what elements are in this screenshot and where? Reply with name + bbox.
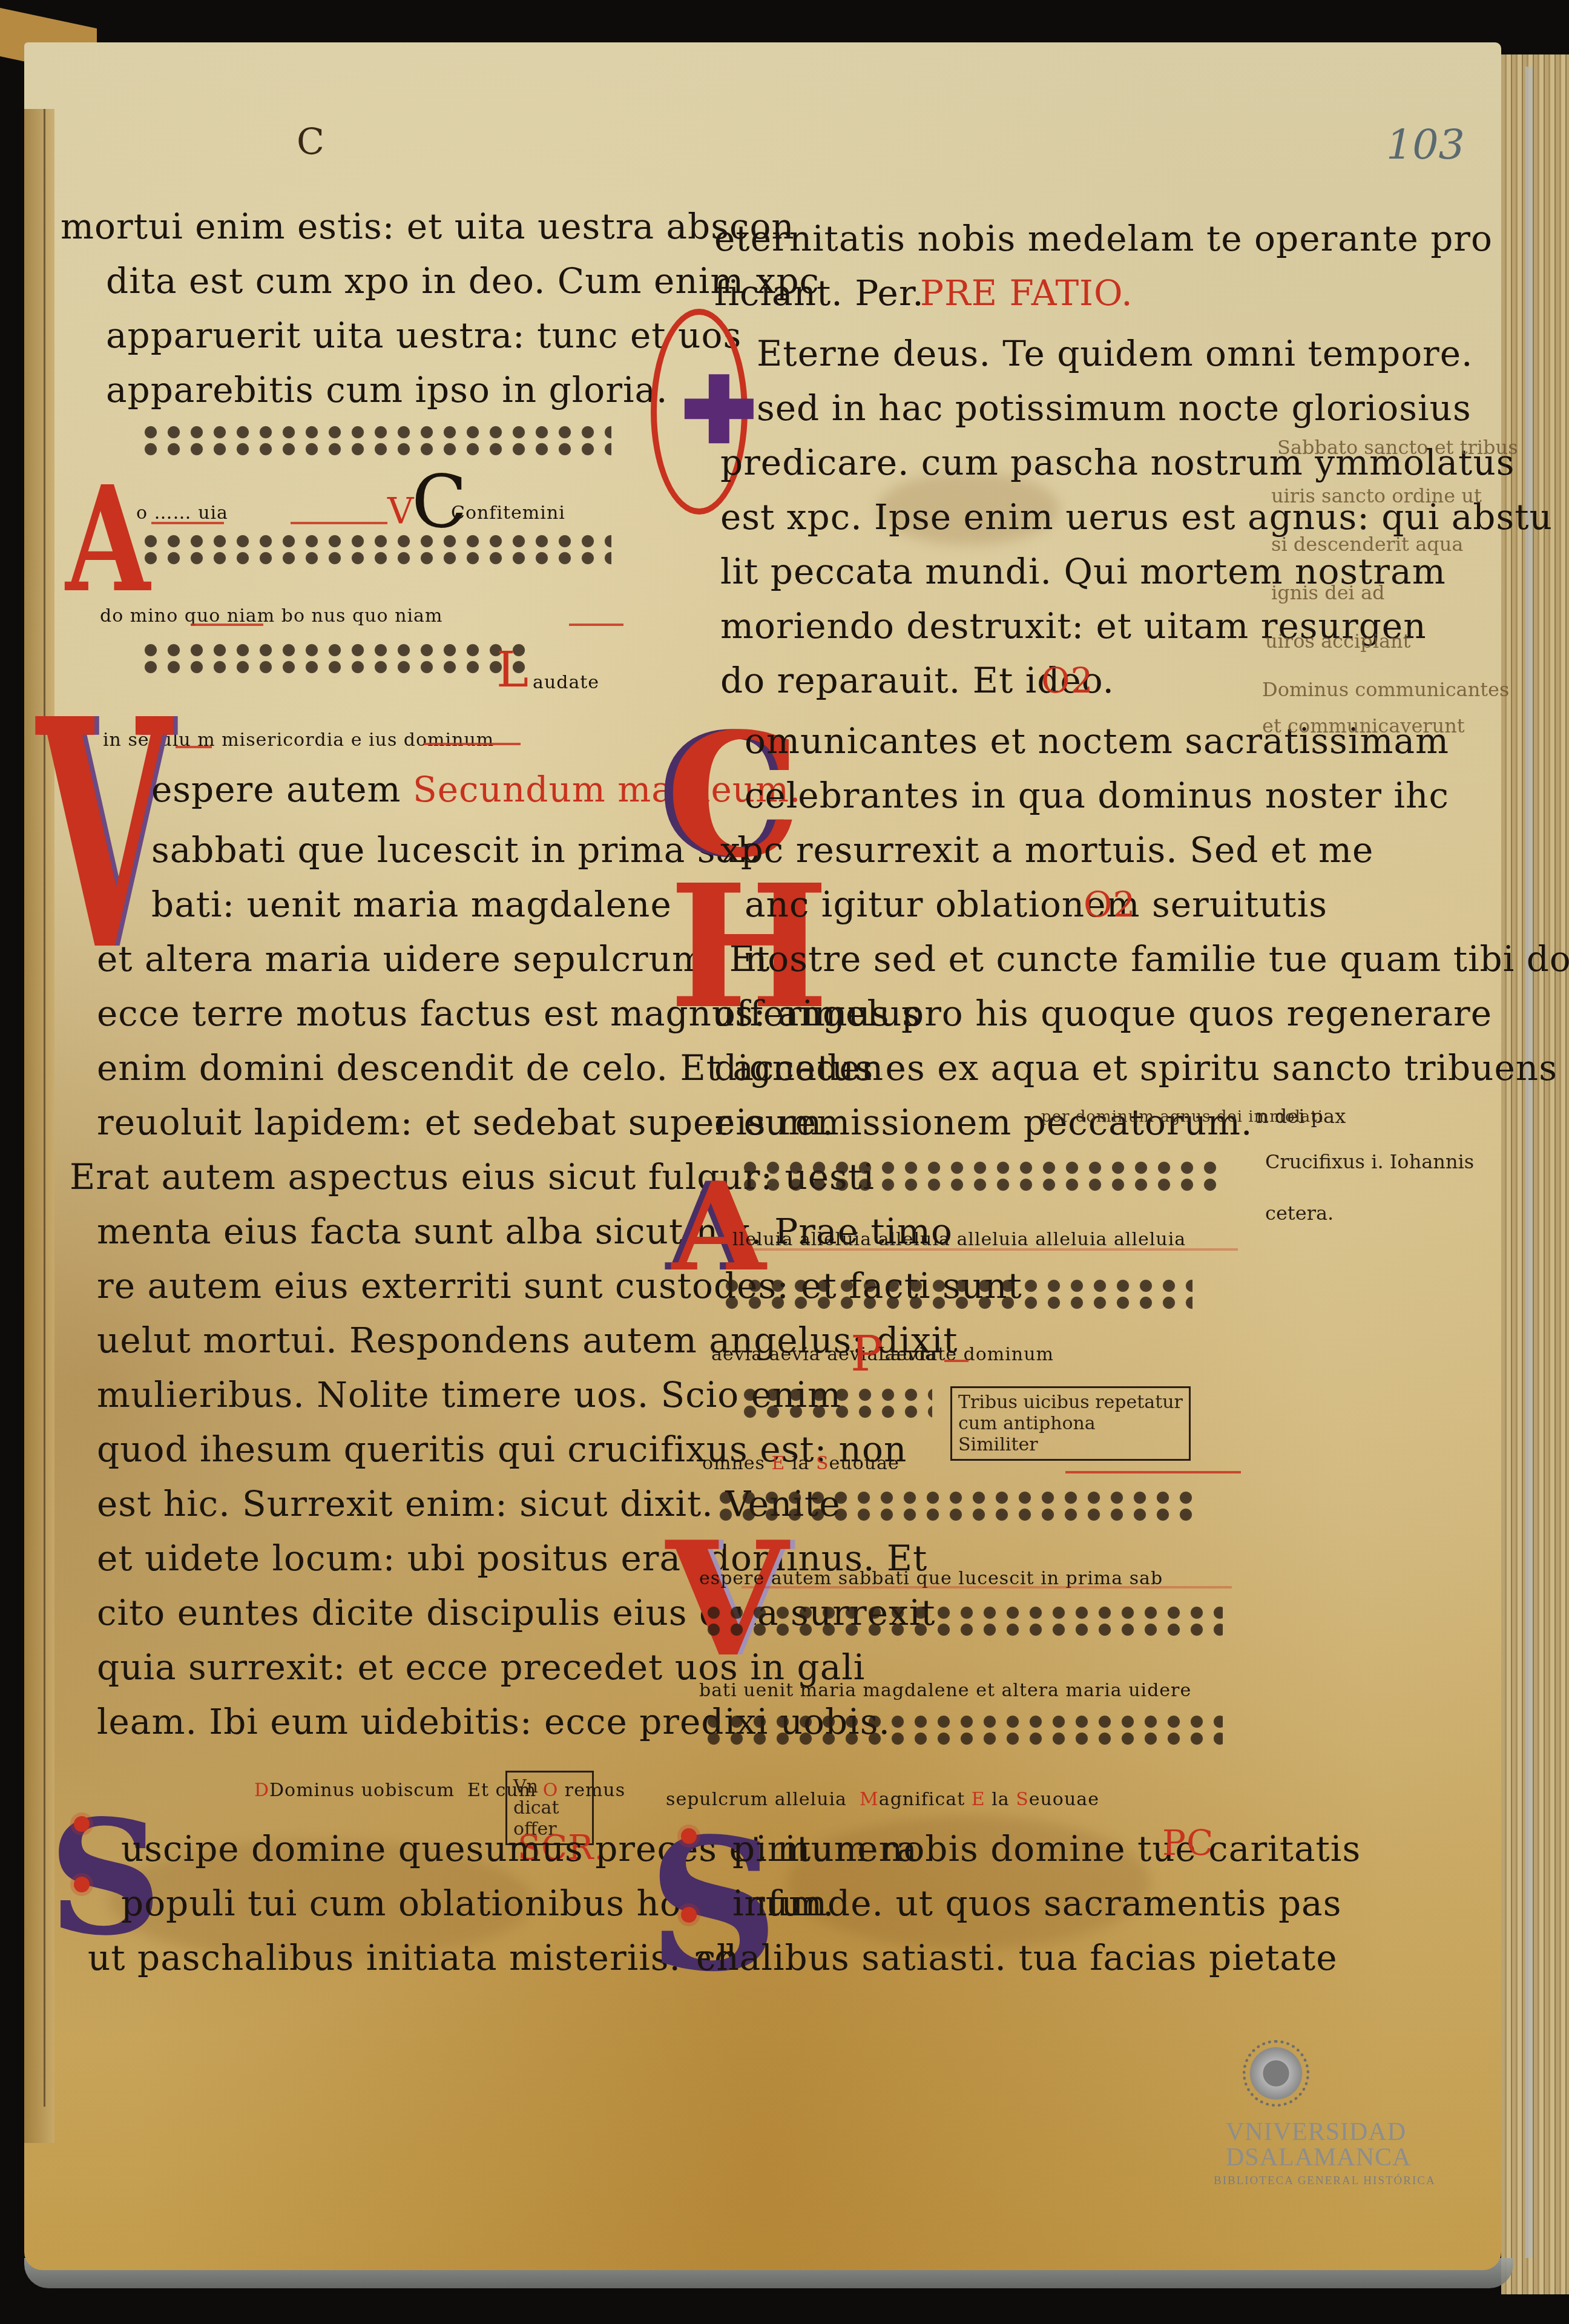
watermark-line-2: DSALAMANCA: [1226, 2143, 1411, 2172]
chant-word: euouae: [829, 1453, 900, 1474]
chant-text: audate: [533, 672, 599, 693]
marginal-note: n dei pax: [1256, 1105, 1346, 1128]
rubric-letter: D: [254, 1780, 269, 1801]
boxed-note-line: Tribus uicibus repetatur: [958, 1392, 1183, 1413]
folio-number: 103: [1386, 121, 1465, 169]
text-line: mulieribus. Nolite timere uos. Scio enim: [97, 1374, 841, 1415]
initial-flower-ornament: [681, 1828, 697, 1844]
melisma-rule: [1065, 1471, 1241, 1473]
praefatio-rubric: PRE FATIO.: [920, 272, 1133, 314]
neume-notation: [139, 642, 527, 678]
watermark-line-3: BIBLIOTECA GENERAL HISTÓRICA: [1214, 2174, 1436, 2188]
rubric-initial-l: L: [496, 642, 529, 698]
chant-text: o …… uia: [136, 502, 228, 524]
melisma-rule: [191, 624, 263, 626]
initial-flower-ornament: [74, 1816, 90, 1832]
neume-notation: [139, 424, 611, 460]
university-seal-icon: [1243, 2040, 1309, 2107]
melisma-rule: [944, 1360, 969, 1362]
text-line: mortui enim estis: et uita uestra abscon: [61, 206, 795, 247]
text-line: apparuerit uita uestra: tunc et uos: [106, 315, 742, 356]
rubric-letter: S: [816, 1453, 829, 1474]
chant-word: la: [992, 1789, 1009, 1810]
marginal-note: uiros accipiant: [1265, 630, 1410, 653]
boxed-note-line: Vn dicat: [513, 1776, 586, 1819]
rubric-mark: O2: [1041, 660, 1093, 701]
melisma-rule: [424, 743, 521, 745]
rubric-letter: M: [860, 1789, 879, 1810]
text-line: ut paschalibus initiata misteriis. ad: [88, 1937, 737, 1978]
marginal-note: Dominus communicantes: [1262, 678, 1509, 701]
marginal-note: Sabbato sancto et tribus: [1277, 436, 1518, 459]
initial-flower-ornament: [74, 1877, 90, 1892]
text-line: sed in hac potissimum nocte gloriosius: [757, 387, 1472, 429]
chant-word: omnes: [702, 1453, 765, 1474]
chant-text: Confitemini: [451, 502, 565, 524]
fore-edge-pages: [1501, 54, 1569, 2294]
text-line: anc igitur oblationem seruitutis: [745, 884, 1327, 925]
gutter-fold-line: [44, 109, 45, 2107]
chant-text: omnes E la Seuouae: [702, 1453, 900, 1474]
chant-word: euouae: [1029, 1789, 1099, 1810]
neume-notation: [738, 1386, 932, 1423]
rubric-letter: E: [772, 1453, 786, 1474]
boxed-note-line: Similiter: [958, 1434, 1183, 1455]
text-line: bati: uenit maria magdalene: [151, 884, 672, 925]
neume-notation: [702, 1604, 1223, 1641]
text-line: apparebitis cum ipso in gloria.: [106, 369, 668, 410]
text-line: eternitatis nobis medelam te operante pr…: [714, 218, 1493, 259]
vespere-initial-v: V: [666, 1507, 788, 1692]
text-line: dita est cum xpo in deo. Cum enim xpc: [106, 260, 820, 301]
neume-notation: [702, 1713, 1223, 1750]
melisma-rule: [151, 522, 224, 524]
marginal-note: si descenderit aqua: [1271, 533, 1463, 556]
boxed-note-line: cum antiphona: [958, 1413, 1183, 1434]
marginal-note: et communicaverunt: [1262, 714, 1465, 737]
text-line: chalibus satiasti. tua facias pietate: [696, 1937, 1338, 1978]
melisma-rule: [742, 1586, 1232, 1588]
marginal-note: uiris sancto ordine ut: [1271, 484, 1482, 507]
text-line: ficiant. Per.: [714, 272, 924, 314]
marginal-note: cetera.: [1265, 1202, 1334, 1225]
rubric-letter: S: [1016, 1789, 1029, 1810]
chant-word: la: [792, 1453, 809, 1474]
watermark-line-1: VNIVERSIDAD: [1226, 2118, 1406, 2147]
melisma-rule: [291, 522, 387, 524]
chant-text: lleluia alleluia alleluia alleluia allel…: [732, 1229, 1186, 1250]
neume-notation: [720, 1277, 1192, 1314]
chant-word: agnificat: [879, 1789, 965, 1810]
text-line: nostre sed et cuncte familie tue quam ti…: [745, 938, 1569, 979]
postcommunion-rubric: PC: [1162, 1822, 1214, 1863]
melisma-rule: [176, 746, 212, 748]
rubric-mark: O2: [1084, 884, 1136, 925]
rubric-versicle-mark: V: [387, 490, 414, 533]
rubric-letter: E: [972, 1789, 985, 1810]
rubric-text: Dominus uobiscum: [269, 1780, 455, 1801]
text-line: offerimus pro his quoque quos regenerare: [714, 993, 1492, 1034]
chant-initial-a: A: [65, 454, 150, 625]
initial-flower-ornament: [681, 1907, 697, 1923]
gathering-signature-mark: C: [297, 121, 324, 163]
neume-notation: [139, 533, 611, 569]
chant-text: bati uenit maria magdalene et altera mar…: [699, 1680, 1191, 1701]
preface-initial-o: ✚: [651, 309, 748, 515]
text-line: infunde. ut quos sacramentis pas: [732, 1883, 1341, 1924]
chant-text: do mino quo niam bo nus quo niam: [100, 605, 442, 627]
melisma-rule: [569, 624, 623, 626]
marginal-note: ignis dei ad: [1271, 581, 1385, 604]
text-line: Eterne deus. Te quidem omni tempore.: [757, 333, 1473, 374]
melisma-rule: [735, 1248, 1238, 1251]
text-line: dignatus es ex aqua et spiritu sancto tr…: [714, 1047, 1557, 1088]
text-line: piritum nobis domine tue caritatis: [732, 1828, 1361, 1869]
fore-edge-guard-strip: [1525, 67, 1533, 2258]
marginal-note: Crucifixus i. Iohannis: [1265, 1150, 1474, 1173]
neume-notation: [738, 1159, 1223, 1196]
boxed-repetition-note: Tribus uicibus repetatur cum antiphona S…: [950, 1386, 1191, 1461]
text-line: celebrantes in qua dominus noster ihc: [745, 775, 1449, 816]
